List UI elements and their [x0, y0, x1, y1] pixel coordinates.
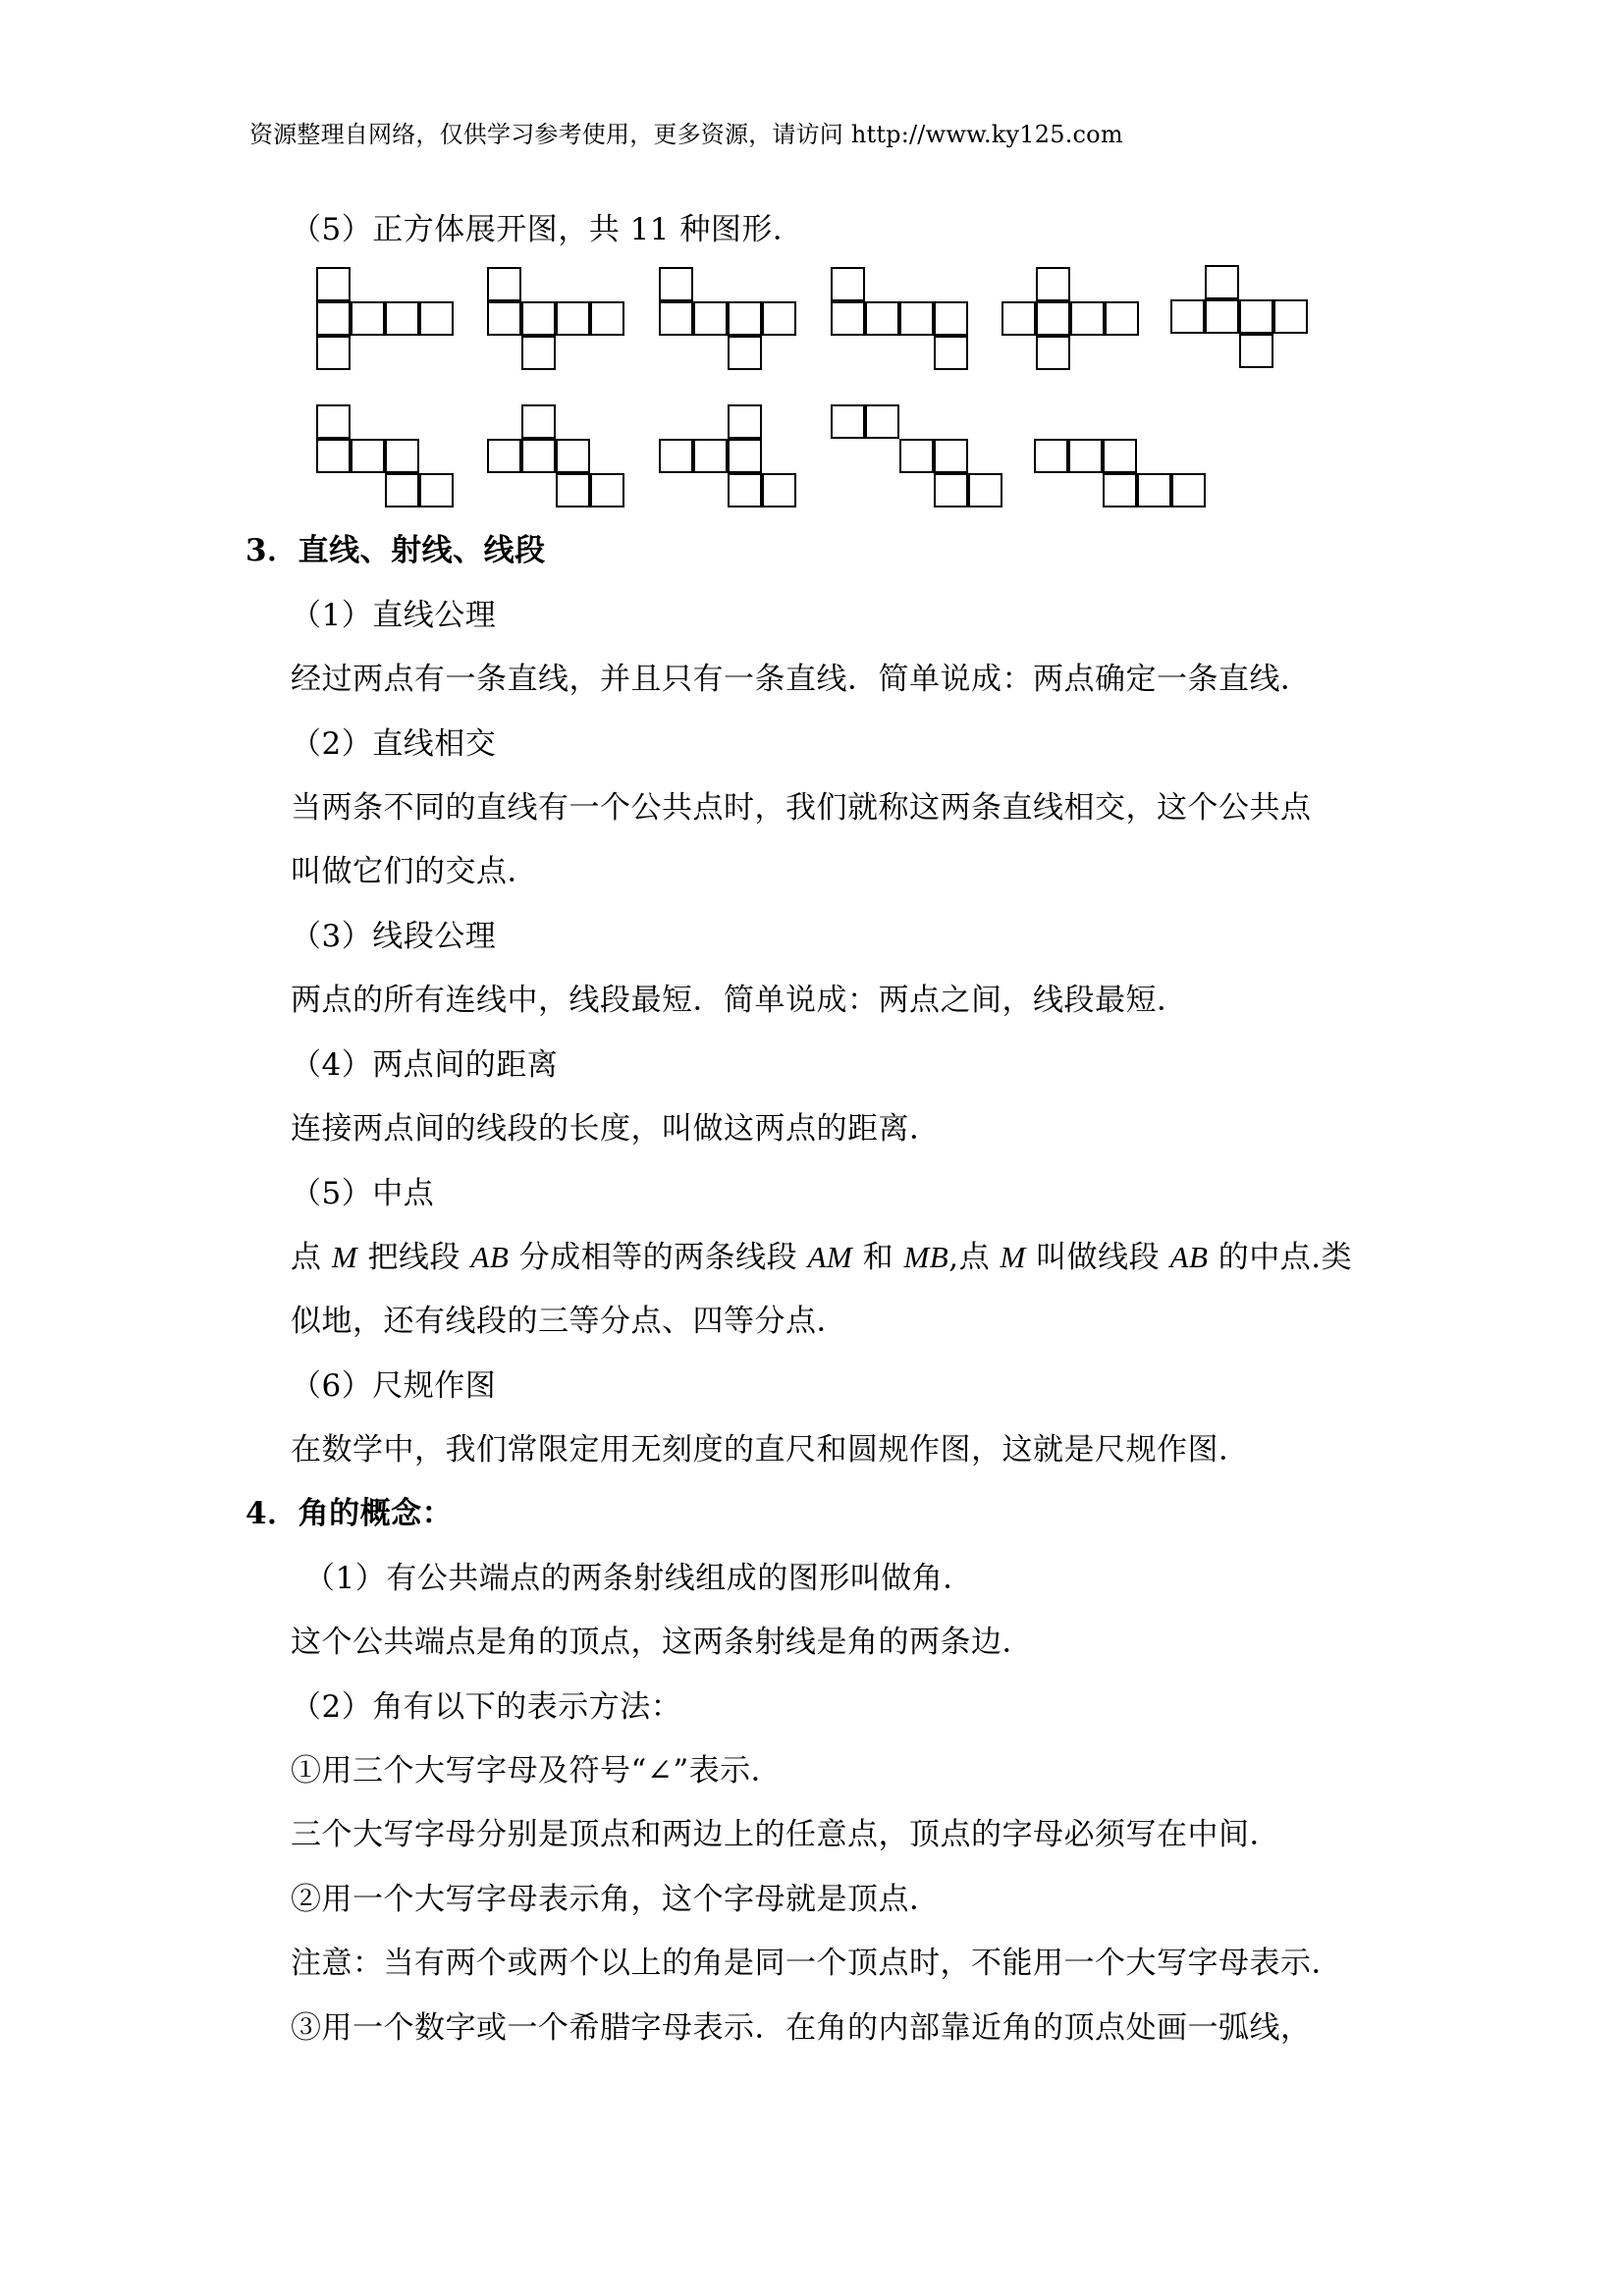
net-square: [831, 301, 865, 336]
net-square: [1068, 439, 1103, 473]
net-square: [728, 473, 762, 507]
net-square: [1070, 301, 1105, 336]
net-square: [419, 301, 454, 336]
net-square: [1036, 267, 1070, 301]
net-square: [1001, 301, 1036, 336]
net-square: [1103, 473, 1137, 507]
math-variable: M: [332, 1240, 357, 1274]
net-square: [316, 404, 351, 439]
text-run: 把线段: [357, 1240, 470, 1275]
net-square: [590, 473, 624, 507]
net-square: [1170, 299, 1205, 334]
net-square: [556, 439, 590, 473]
math-variable: M: [1000, 1240, 1025, 1274]
angle-notation-note: 注意：当有两个或两个以上的角是同一个顶点时，不能用一个大写字母表示．: [291, 1944, 1342, 1983]
net-square: [659, 267, 693, 301]
net-square: [934, 439, 968, 473]
net-square: [316, 336, 351, 370]
math-variable: AB: [1170, 1240, 1209, 1274]
net-square: [693, 301, 728, 336]
text-run: ,点: [948, 1240, 1000, 1275]
net-square: [1034, 439, 1068, 473]
angle-notation-3: ③用一个数字或一个希腊字母表示．在角的内部靠近角的顶点处画一弧线，: [291, 2008, 1312, 2048]
angle-def-1: （1）有公共端点的两条射线组成的图形叫做角．: [304, 1559, 974, 1598]
net-square: [419, 473, 454, 507]
net-square: [316, 267, 351, 301]
item-line-axiom-title: （1）直线公理: [291, 596, 496, 635]
net-square: [1205, 265, 1239, 299]
net-square: [521, 336, 556, 370]
net-square: [1239, 299, 1273, 334]
net-square: [831, 404, 865, 439]
math-variable: AM: [808, 1240, 853, 1274]
net-square: [521, 439, 556, 473]
net-square: [385, 439, 419, 473]
item-segment-axiom-title: （3）线段公理: [291, 917, 496, 956]
net-square: [487, 267, 521, 301]
net-square: [1239, 334, 1273, 368]
section-3-heading: 3．直线、射线、线段: [245, 531, 546, 570]
item-distance-title: （4）两点间的距离: [291, 1045, 558, 1085]
text-run: 的中点.类: [1208, 1240, 1352, 1275]
angle-notation-2: ②用一个大写字母表示角，这个字母就是顶点．: [291, 1880, 941, 1919]
net-square: [934, 336, 968, 370]
net-square: [934, 301, 968, 336]
net-square: [316, 439, 351, 473]
section-4-heading: 4．角的概念：: [245, 1494, 453, 1533]
net-square: [659, 439, 693, 473]
item-line-intersect-body-1: 当两条不同的直线有一个公共点时，我们就称这两条直线相交，这个公共点: [291, 788, 1312, 828]
net-square: [385, 301, 419, 336]
text-run: 分成相等的两条线段: [509, 1240, 807, 1275]
net-square: [351, 439, 385, 473]
net-square: [1205, 299, 1239, 334]
net-square: [728, 336, 762, 370]
item-line-axiom-body: 经过两点有一条直线，并且只有一条直线．简单说成：两点确定一条直线．: [291, 660, 1312, 699]
angle-notation-title: （2）角有以下的表示方法：: [291, 1687, 681, 1727]
net-square: [556, 301, 590, 336]
net-square: [556, 473, 590, 507]
net-square: [1137, 473, 1171, 507]
text-run: 点: [291, 1240, 332, 1275]
angle-notation-1: ①用三个大写字母及符号“∠”表示．: [291, 1751, 782, 1790]
net-square: [521, 301, 556, 336]
item-midpoint-body-2: 似地，还有线段的三等分点、四等分点．: [291, 1302, 847, 1341]
net-square: [1171, 473, 1206, 507]
net-square: [1105, 301, 1139, 336]
net-square: [968, 473, 1002, 507]
text-run: 叫做线段: [1026, 1240, 1170, 1275]
net-square: [1036, 336, 1070, 370]
net-square: [728, 404, 762, 439]
net-square: [590, 301, 624, 336]
net-square: [865, 301, 899, 336]
text-run: 和: [852, 1240, 903, 1275]
net-square: [316, 301, 351, 336]
net-square: [762, 301, 796, 336]
net-square: [831, 267, 865, 301]
item-compass-body: 在数学中，我们常限定用无刻度的直尺和圆规作图，这就是尺规作图．: [291, 1430, 1250, 1469]
net-square: [865, 404, 899, 439]
cube-nets-figure: [0, 0, 1624, 550]
net-square: [351, 301, 385, 336]
net-square: [487, 439, 521, 473]
item-midpoint-title: （5）中点: [291, 1174, 434, 1213]
net-square: [659, 301, 693, 336]
net-square: [487, 301, 521, 336]
item-line-intersect-body-2: 叫做它们的交点．: [291, 852, 538, 891]
net-square: [1273, 299, 1308, 334]
net-square: [899, 439, 934, 473]
net-square: [693, 439, 728, 473]
item-line-intersect-title: （2）直线相交: [291, 724, 496, 764]
item-compass-title: （6）尺规作图: [291, 1366, 496, 1406]
net-square: [1036, 301, 1070, 336]
item-distance-body: 连接两点间的线段的长度，叫做这两点的距离．: [291, 1109, 941, 1148]
net-square: [521, 404, 556, 439]
net-square: [728, 439, 762, 473]
item-midpoint-body-1: 点 M 把线段 AB 分成相等的两条线段 AM 和 MB,点 M 叫做线段 AB…: [291, 1238, 1352, 1277]
net-square: [899, 301, 934, 336]
net-square: [934, 473, 968, 507]
net-square: [385, 473, 419, 507]
math-variable: AB: [470, 1240, 509, 1274]
net-square: [1103, 439, 1137, 473]
item-segment-axiom-body: 两点的所有连线中，线段最短．简单说成：两点之间，线段最短．: [291, 981, 1188, 1020]
math-variable: MB: [903, 1240, 948, 1274]
net-square: [762, 473, 796, 507]
net-square: [728, 301, 762, 336]
angle-def-2: 这个公共端点是角的顶点，这两条射线是角的两条边．: [291, 1623, 1033, 1662]
angle-notation-1-detail: 三个大写字母分别是顶点和两边上的任意点，顶点的字母必须写在中间．: [291, 1815, 1280, 1854]
